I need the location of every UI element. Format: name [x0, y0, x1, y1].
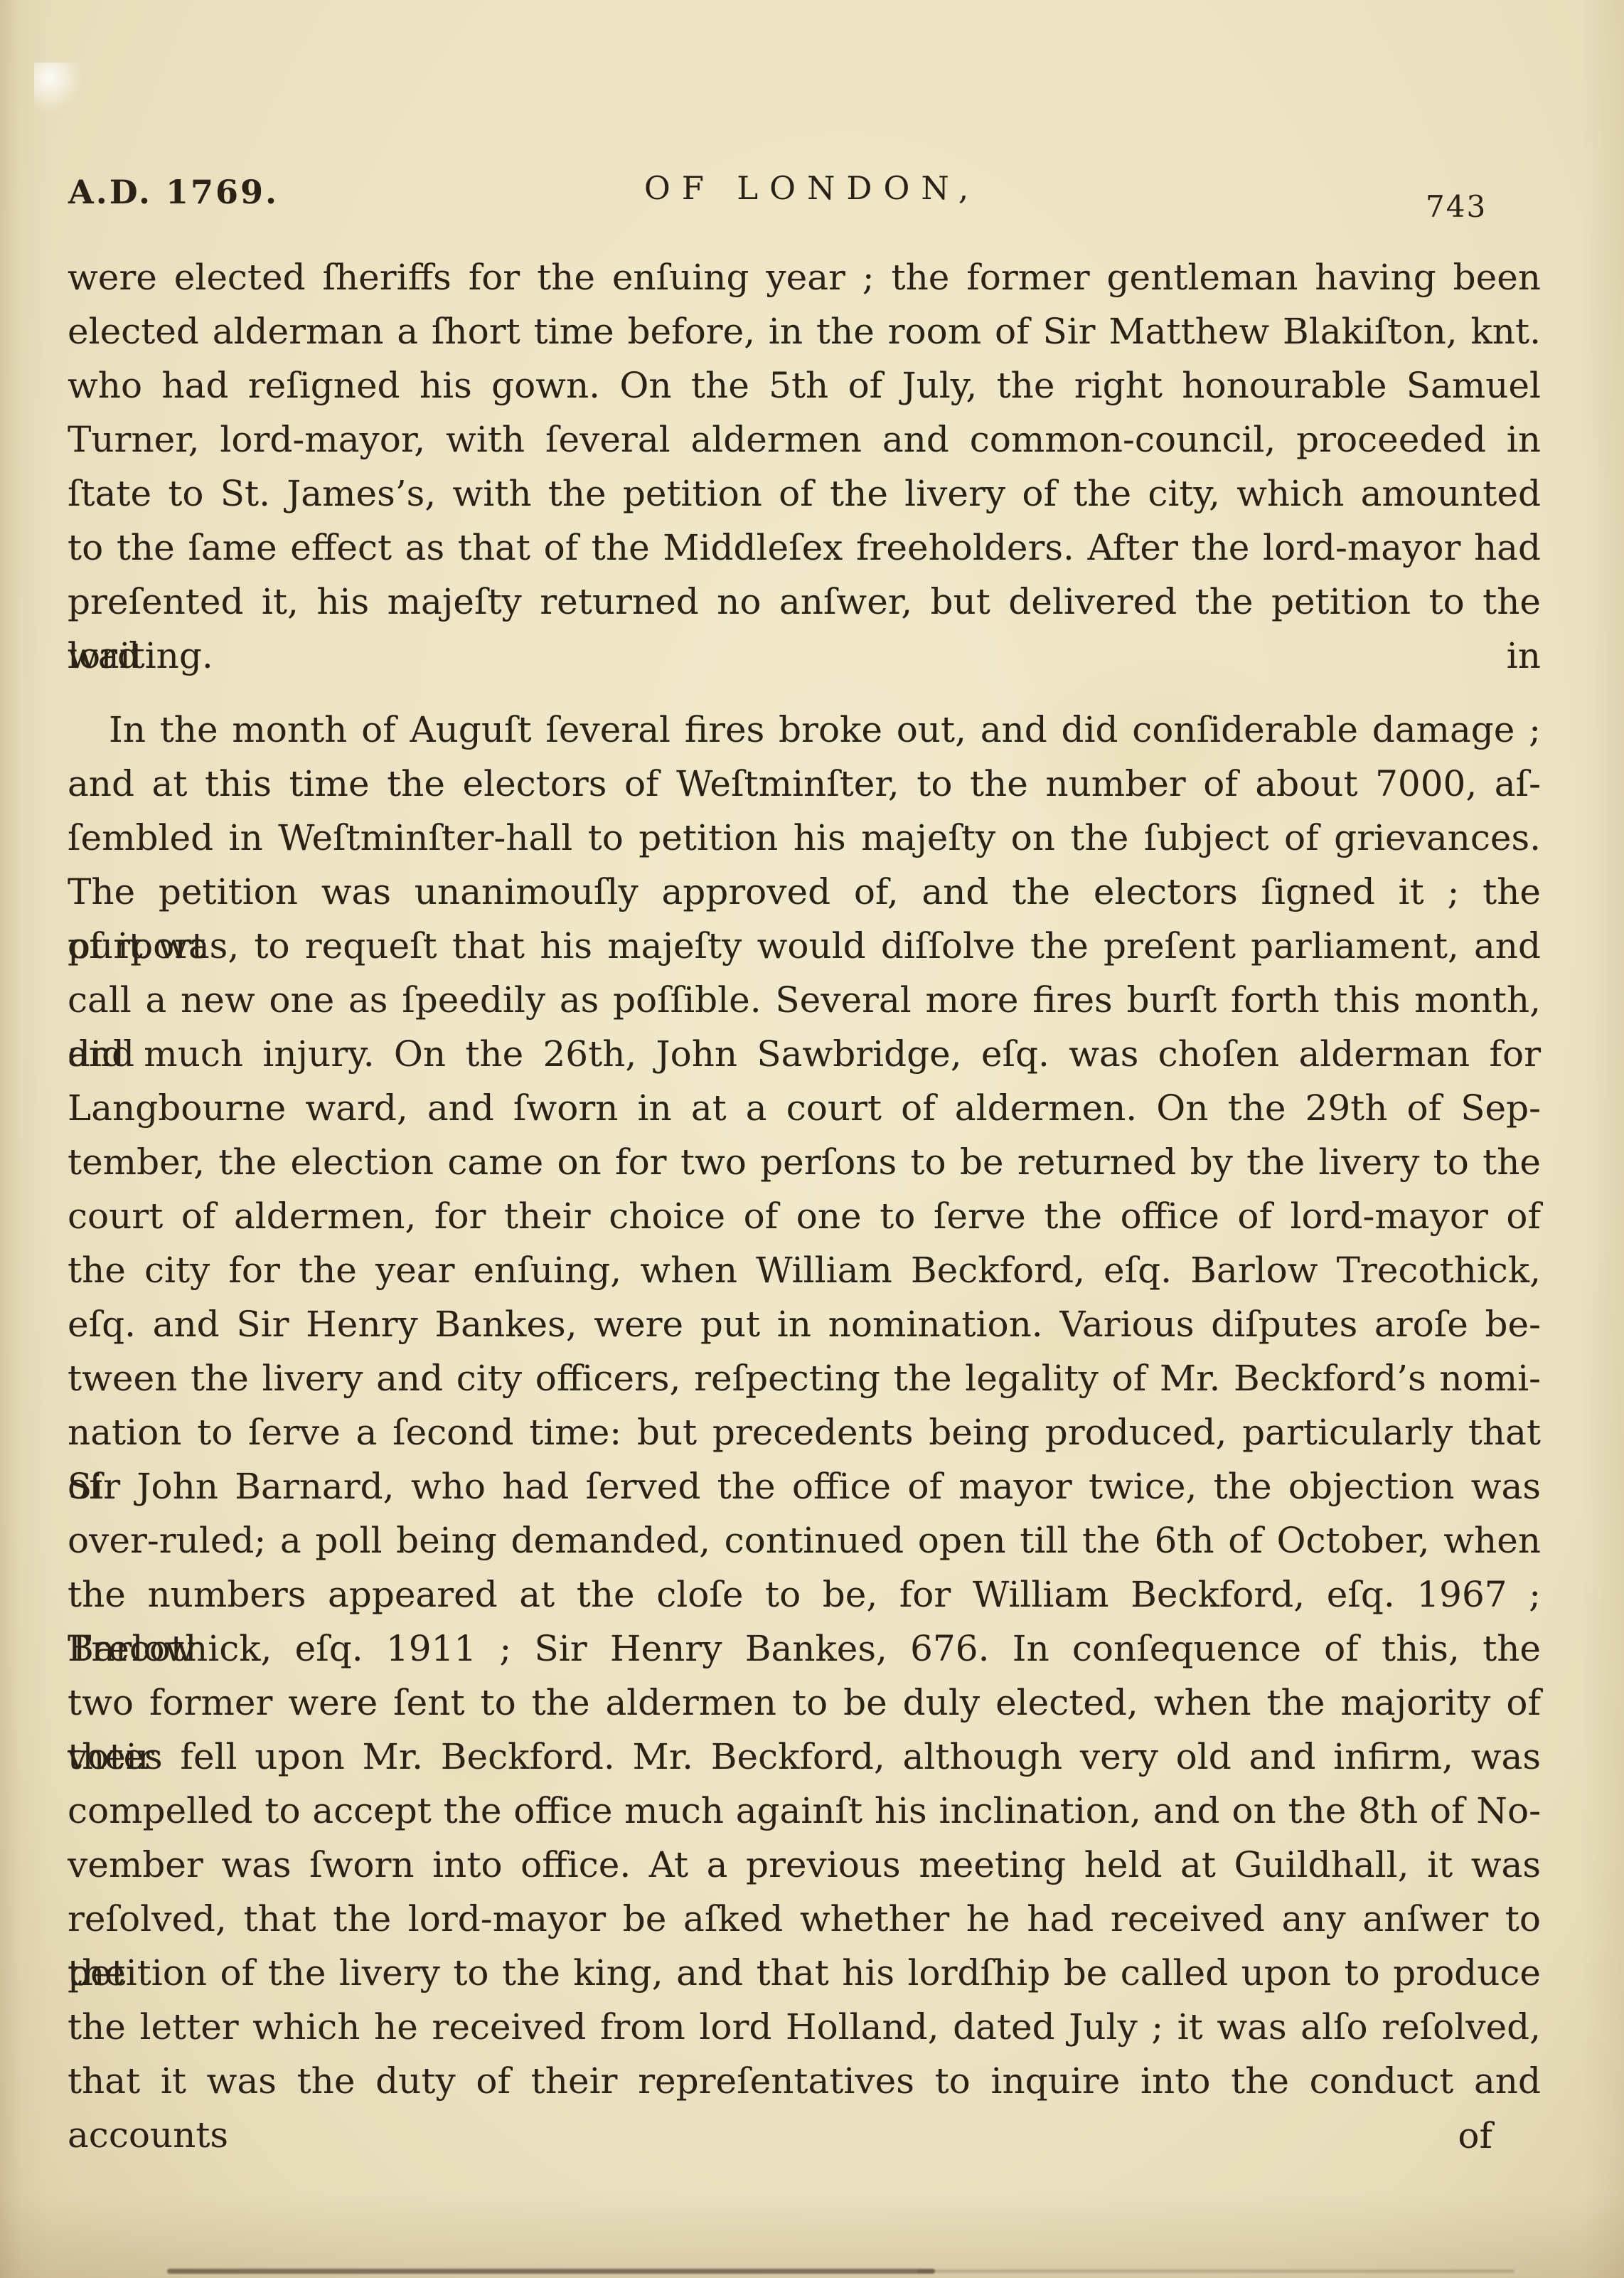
text-line: Langbourne ward, and ſworn in at a court…	[68, 1081, 1541, 1135]
text-line: In the month of Auguſt ſeveral fires bro…	[68, 703, 1541, 757]
text-line: Trecothick, eſq. 1911 ; Sir Henry Bankes…	[68, 1622, 1541, 1676]
paragraph: In the month of Auguſt ſeveral fires bro…	[68, 703, 1541, 2108]
text-line: petition of the livery to the king, and …	[68, 1946, 1541, 2000]
text-line: vember was ſworn into office. At a previ…	[68, 1838, 1541, 1892]
text-line: eſq. and Sir Henry Bankes, were put in n…	[68, 1297, 1541, 1351]
text-line: over-ruled; a poll being demanded, conti…	[68, 1513, 1541, 1568]
scan-glare-artifact	[34, 63, 84, 112]
text-line: two former were ſent to the aldermen to …	[68, 1676, 1541, 1730]
text-line: were elected ſheriffs for the enſuing ye…	[68, 250, 1541, 304]
text-line: preſented it, his majeſty returned no an…	[68, 575, 1541, 629]
running-title: OF LONDON,	[0, 169, 1624, 207]
text-line: nation to ſerve a ſecond time: but prece…	[68, 1405, 1541, 1459]
book-page-scan: A.D. 1769. OF LONDON, 743 were elected ſ…	[0, 0, 1624, 2278]
paragraph: were elected ſheriffs for the enſuing ye…	[68, 250, 1541, 683]
text-line: Turner, lord-mayor, with ſeveral alderme…	[68, 413, 1541, 467]
catchword-row: of	[68, 2109, 1541, 2163]
text-line: the letter which he received from lord H…	[68, 2000, 1541, 2054]
text-line: to the ſame effect as that of the Middle…	[68, 521, 1541, 575]
text-line: who had reſigned his gown. On the 5th of…	[68, 358, 1541, 413]
text-line: the numbers appeared at the cloſe to be,…	[68, 1568, 1541, 1622]
catchword: of	[1458, 2115, 1492, 2156]
page-edge-shadow	[917, 2269, 1515, 2273]
text-line: reſolved, that the lord-mayor be aſked w…	[68, 1892, 1541, 1946]
text-line: the city for the year enſuing, when Will…	[68, 1243, 1541, 1297]
text-line: compelled to accept the office much agai…	[68, 1784, 1541, 1838]
text-line: ſtate to St. James’s, with the petition …	[68, 467, 1541, 521]
text-line: of it was, to requeſt that his majeſty w…	[68, 919, 1541, 973]
text-line: call a new one as ſpeedily as poſſible. …	[68, 973, 1541, 1027]
text-line: The petition was unanimouſly approved of…	[68, 865, 1541, 919]
page-edge-shadow	[167, 2269, 935, 2274]
text-line: elected alderman a ſhort time before, in…	[68, 304, 1541, 358]
text-line: and at this time the electors of Weſtmin…	[68, 757, 1541, 811]
text-line: ſembled in Weſtminſter-hall to petition …	[68, 811, 1541, 865]
text-line: tween the livery and city officers, reſp…	[68, 1351, 1541, 1405]
text-line: court of aldermen, for their choice of o…	[68, 1189, 1541, 1243]
text-line: Sir John Barnard, who had ſerved the off…	[68, 1459, 1541, 1513]
page-body: were elected ſheriffs for the enſuing ye…	[68, 250, 1541, 2108]
text-line: votes fell upon Mr. Beckford. Mr. Beckfo…	[68, 1730, 1541, 1784]
text-line: tember, the election came on for two per…	[68, 1135, 1541, 1189]
text-line: that it was the duty of their repreſenta…	[68, 2054, 1541, 2108]
page-number: 743	[1426, 189, 1487, 224]
text-line: did much injury. On the 26th, John Sawbr…	[68, 1027, 1541, 1081]
